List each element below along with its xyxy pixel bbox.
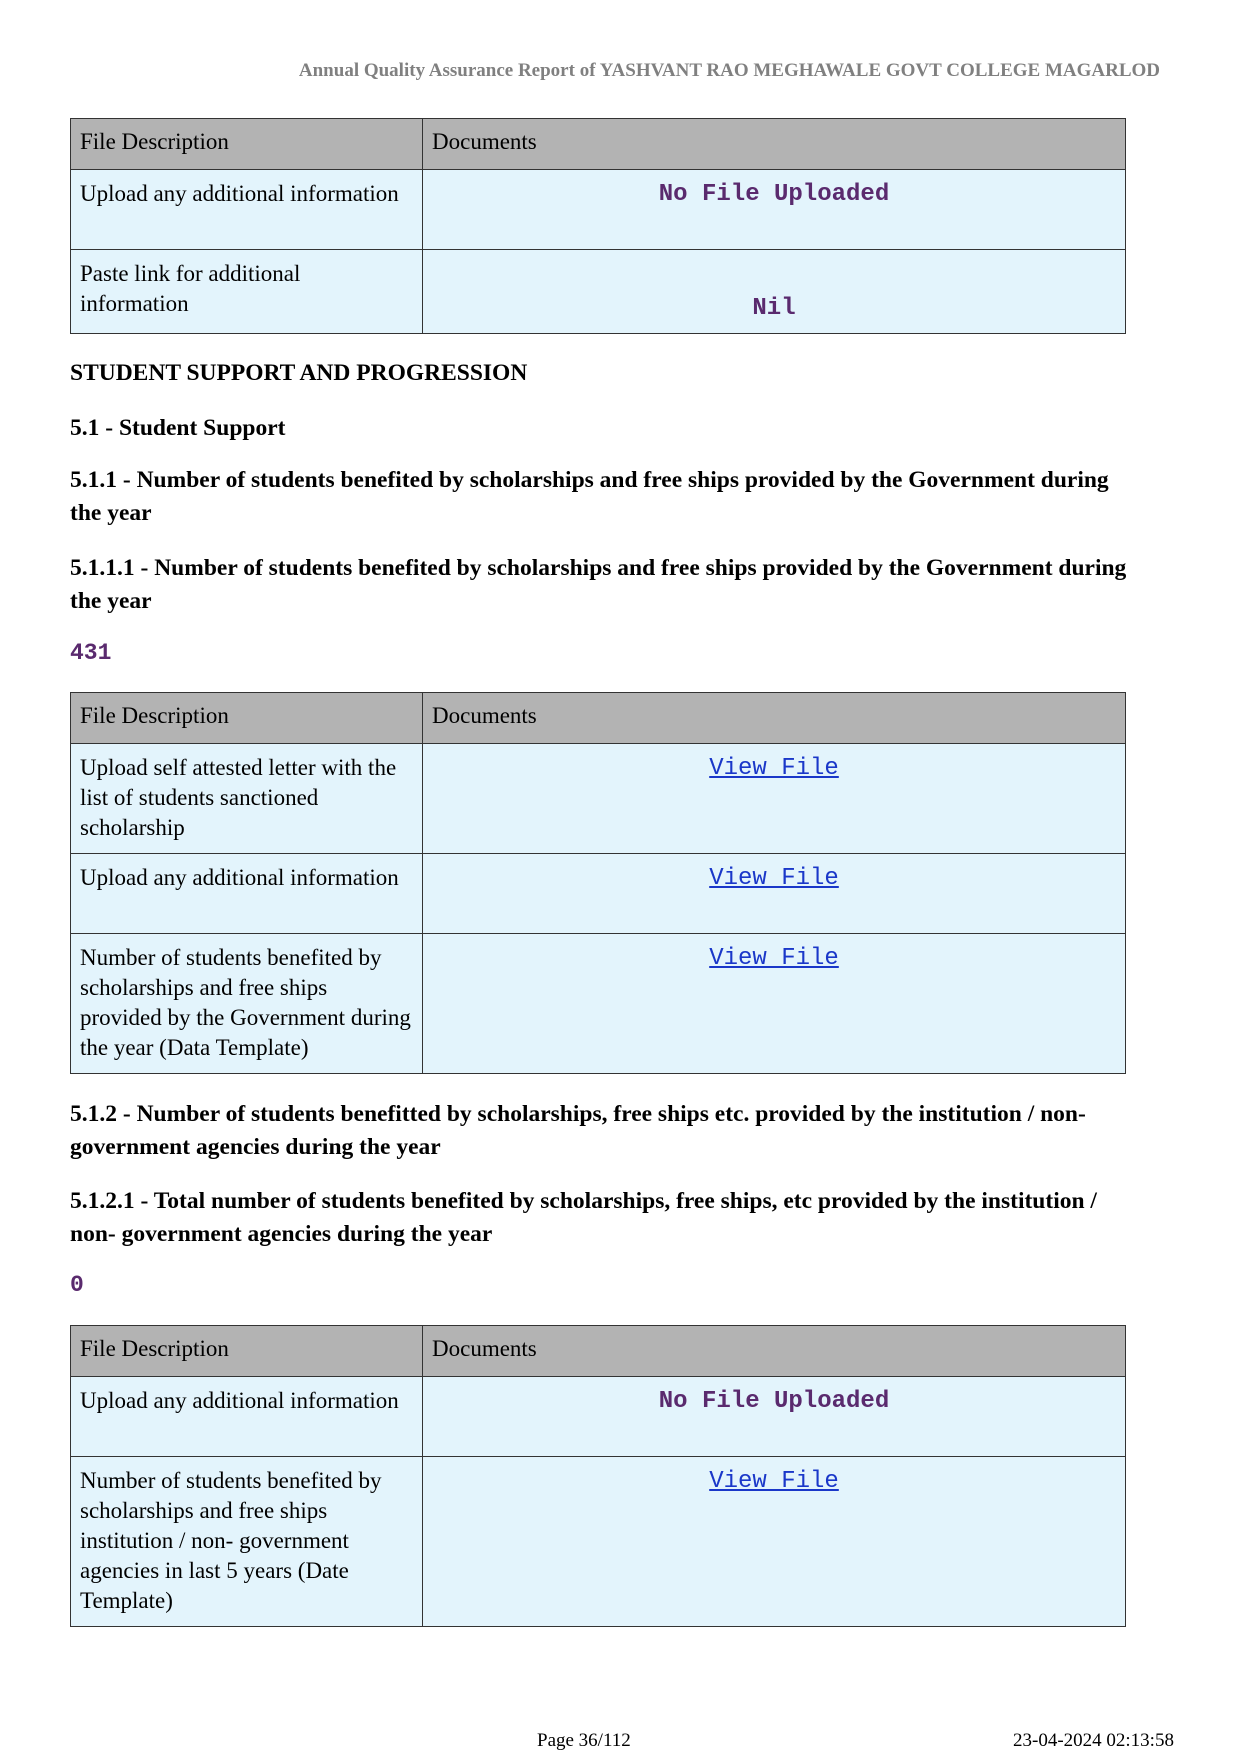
question-5-1-1: 5.1.1 - Number of students benefited by … bbox=[70, 464, 1130, 530]
no-file-status: No File Uploaded bbox=[659, 1388, 889, 1415]
col-header-description: File Description bbox=[71, 1326, 423, 1377]
no-file-status: No File Uploaded bbox=[659, 181, 889, 208]
question-5-1-2-1: 5.1.2.1 - Total number of students benef… bbox=[70, 1185, 1130, 1251]
view-file-link[interactable]: View File bbox=[709, 1468, 839, 1495]
file-description: Paste link for additional information bbox=[71, 250, 423, 334]
table-row: Upload self attested letter with the lis… bbox=[71, 744, 1126, 854]
file-table-2: File Description Documents Upload self a… bbox=[70, 692, 1126, 1074]
report-header: Annual Quality Assurance Report of YASHV… bbox=[0, 60, 1160, 82]
file-table-3: File Description Documents Upload any ad… bbox=[70, 1325, 1126, 1627]
file-description: Upload self attested letter with the lis… bbox=[71, 744, 423, 854]
section-title: STUDENT SUPPORT AND PROGRESSION bbox=[70, 357, 1130, 390]
link-value: Nil bbox=[752, 295, 795, 322]
table-row: Number of students benefited by scholars… bbox=[71, 934, 1126, 1074]
col-header-description: File Description bbox=[71, 693, 423, 744]
answer-value-5-1-2-1: 0 bbox=[70, 1272, 84, 1298]
file-table-1: File Description Documents Upload any ad… bbox=[70, 118, 1126, 334]
table-row: Upload any additional information No Fil… bbox=[71, 1377, 1126, 1457]
subsection-title: 5.1 - Student Support bbox=[70, 412, 1130, 445]
col-header-documents: Documents bbox=[423, 693, 1126, 744]
table-row: Number of students benefited by scholars… bbox=[71, 1457, 1126, 1627]
col-header-description: File Description bbox=[71, 119, 423, 170]
file-description: Upload any additional information bbox=[71, 170, 423, 250]
file-description: Upload any additional information bbox=[71, 1377, 423, 1457]
page-number: Page 36/112 bbox=[537, 1730, 631, 1752]
view-file-link[interactable]: View File bbox=[709, 945, 839, 972]
question-5-1-2: 5.1.2 - Number of students benefitted by… bbox=[70, 1098, 1130, 1164]
file-description: Upload any additional information bbox=[71, 854, 423, 934]
view-file-link[interactable]: View File bbox=[709, 865, 839, 892]
table-row: Paste link for additional information Ni… bbox=[71, 250, 1126, 334]
table-row: Upload any additional information No Fil… bbox=[71, 170, 1126, 250]
file-description: Number of students benefited by scholars… bbox=[71, 1457, 423, 1627]
col-header-documents: Documents bbox=[423, 1326, 1126, 1377]
col-header-documents: Documents bbox=[423, 119, 1126, 170]
timestamp: 23-04-2024 02:13:58 bbox=[1013, 1730, 1174, 1752]
table-row: Upload any additional information View F… bbox=[71, 854, 1126, 934]
question-5-1-1-1: 5.1.1.1 - Number of students benefited b… bbox=[70, 552, 1130, 618]
view-file-link[interactable]: View File bbox=[709, 755, 839, 782]
answer-value-5-1-1-1: 431 bbox=[70, 640, 111, 666]
file-description: Number of students benefited by scholars… bbox=[71, 934, 423, 1074]
